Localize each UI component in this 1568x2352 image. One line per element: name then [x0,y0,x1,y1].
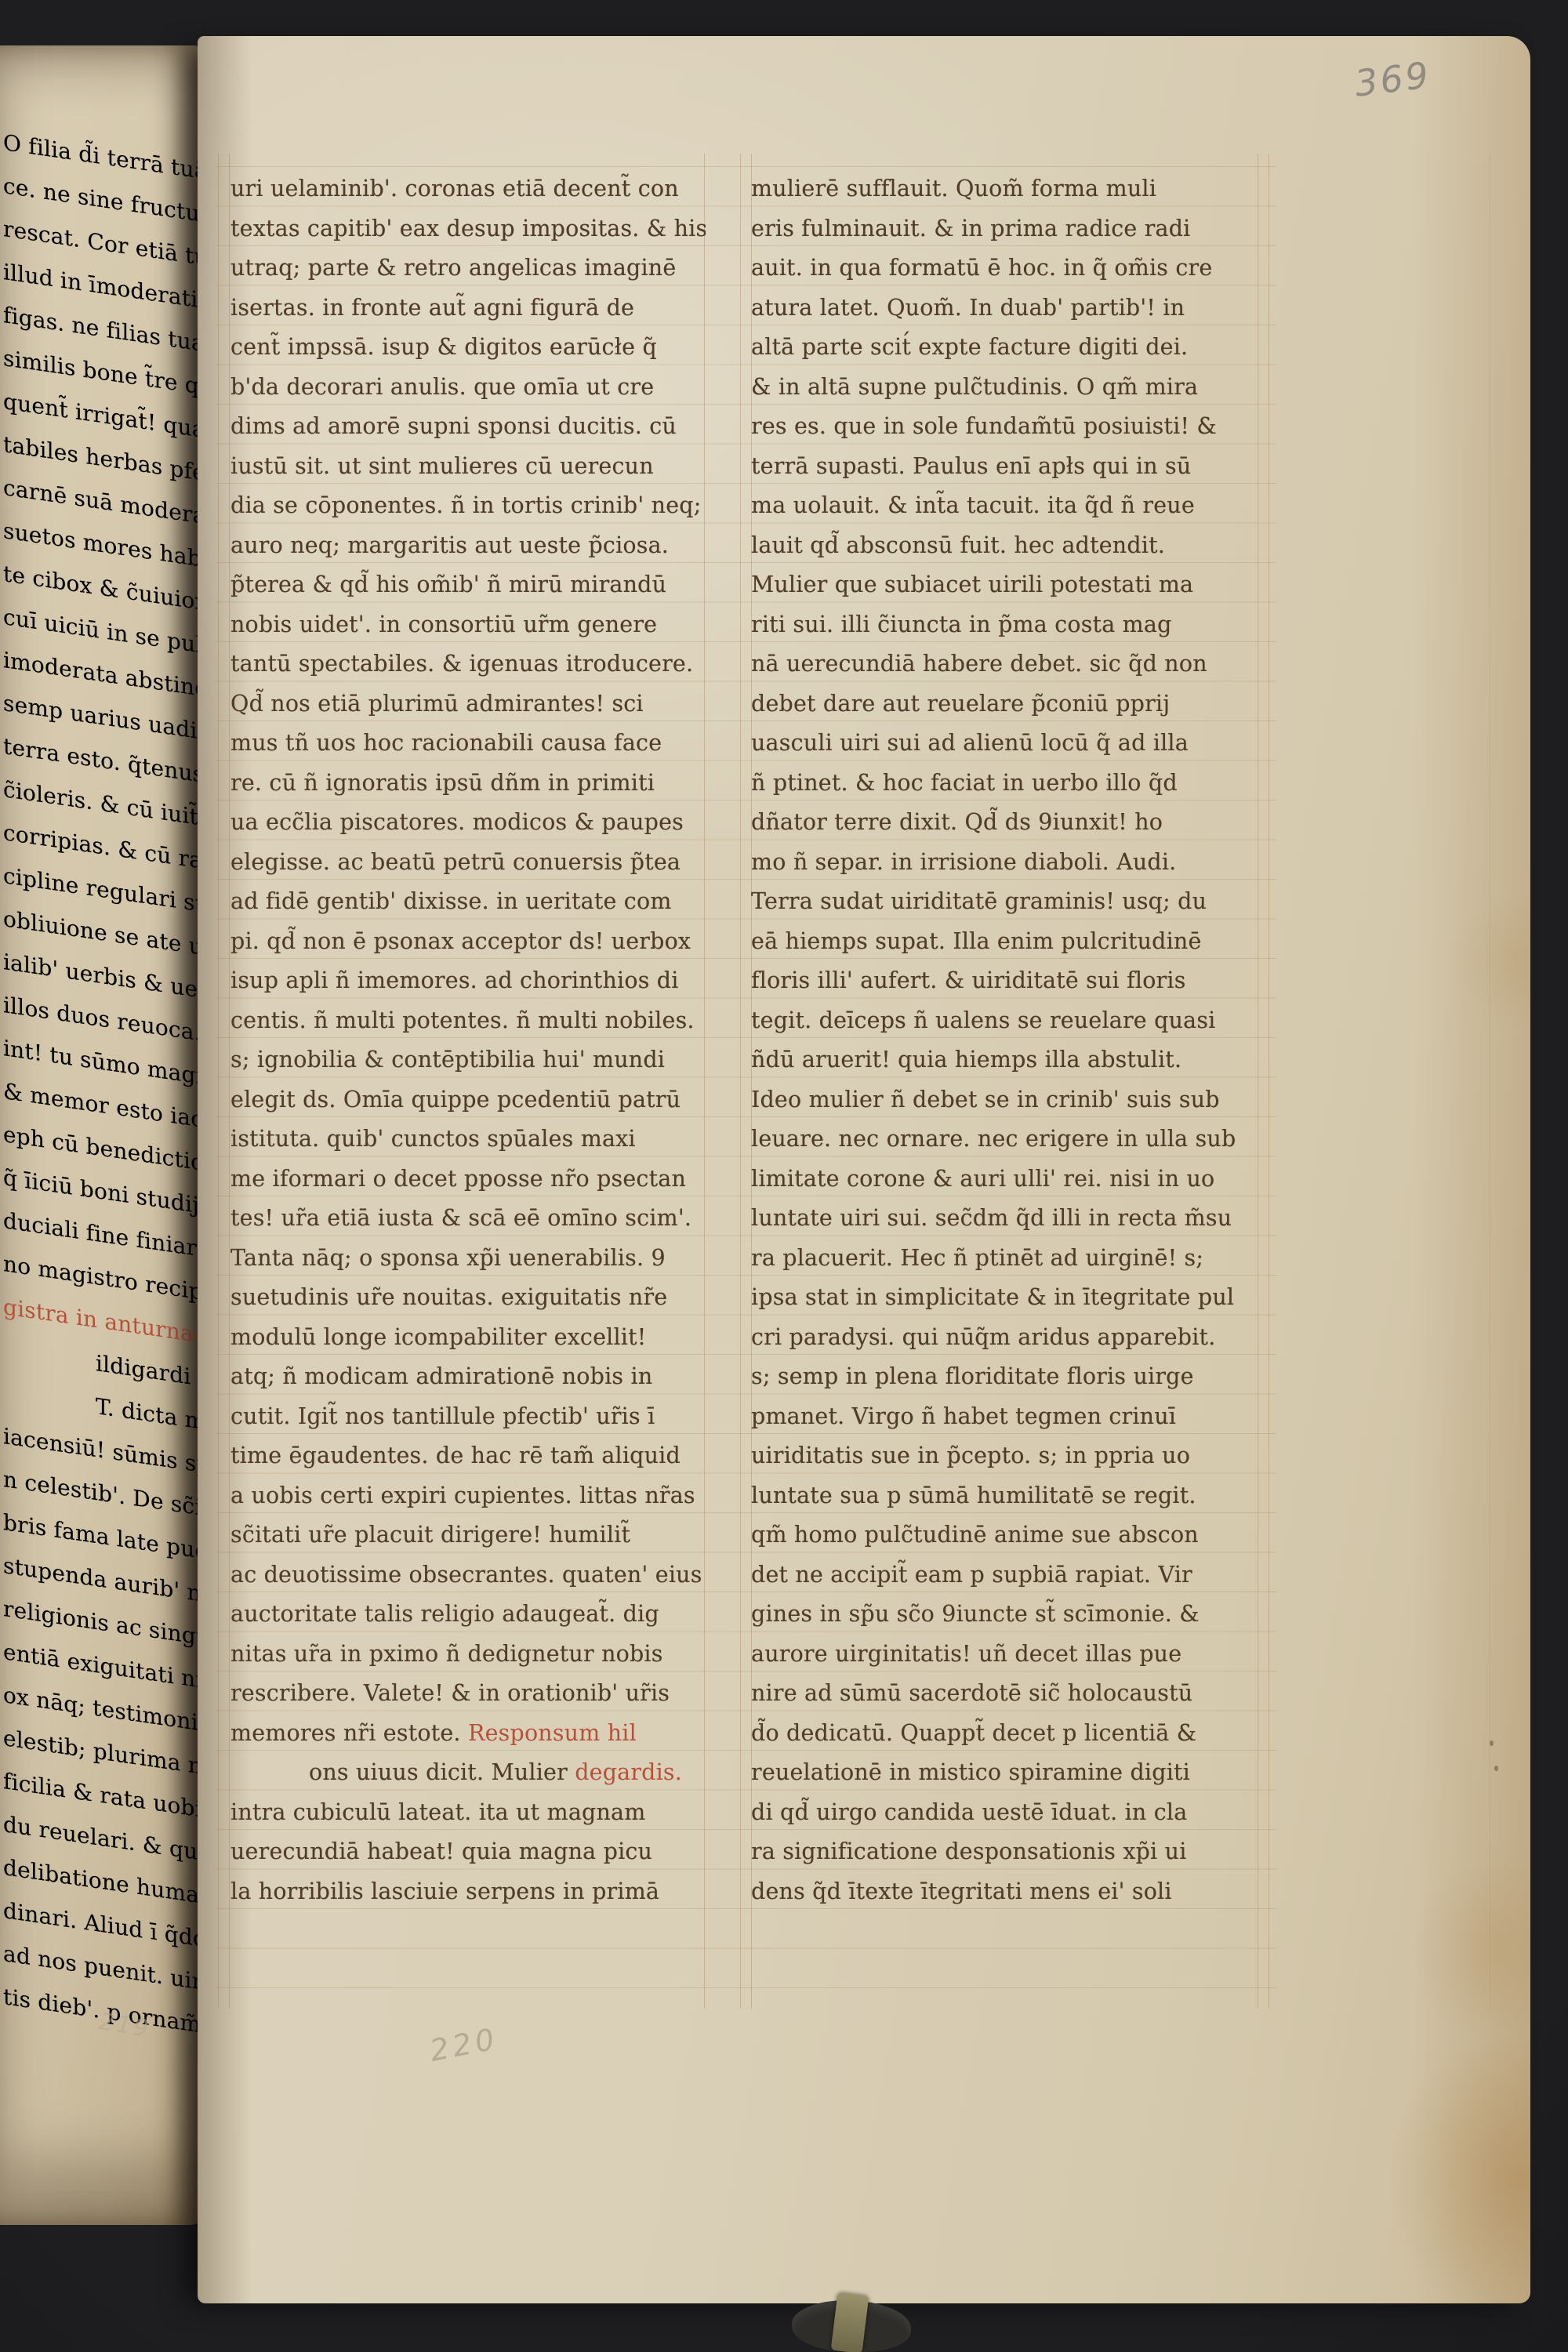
manuscript-line: auit. in qua formatū ē hoc. in q̃ om̃is … [751,249,1264,289]
manuscript-line: mulierē sufflauit. Quom̃ forma muli [751,169,1264,209]
ink-text: suetudinis ur̃e nouitas. exiguitatis nr̃… [230,1284,667,1310]
manuscript-line: time ēgaudentes. de hac rē tam̃ aliquid [230,1436,706,1476]
ruling-vertical [740,154,741,2009]
manuscript-line: limitate corone & auri ulli' rei. nisi i… [751,1160,1264,1200]
ink-text: reuelationē in mistico spiramine digiti [751,1759,1190,1785]
ink-text: nā uerecundiā habere debet. sic q̃d non [751,651,1207,677]
ink-text: nobis uidet'. in consortiū ur̃m genere [230,612,657,637]
ink-text: dens q̃d ītexte ītegritati mens ei' soli [751,1878,1172,1904]
ink-text: elegit ds. Omīa quippe pcedentiū patrū [230,1087,681,1112]
ink-text: a uobis certi expiri cupientes. littas n… [230,1483,695,1508]
manuscript-line: floris illi' aufert. & uiriditatē sui fl… [751,961,1264,1001]
ink-text: rescribere. Valete! & in orationib' ur̃i… [230,1680,670,1706]
text-column-left: uri uelaminib'. coronas etiā decent̃ con… [230,169,706,1911]
manuscript-line: dia se cōponentes. ñ in tortis crinib' n… [230,486,706,526]
ink-text: debet dare aut reuelare p̃coniū pprij [751,691,1170,717]
ink-text: textas capitib' eax desup impositas. & h… [230,216,706,241]
manuscript-line: tegit. deīceps ñ ualens se reuelare quas… [751,1001,1264,1041]
manuscript-line: terrā supasti. Paulus enī apłs qui in sū [751,447,1264,487]
manuscript-line: rescribere. Valete! & in orationib' ur̃i… [230,1674,706,1714]
ink-text: memores nr̃i estote. [230,1720,468,1746]
manuscript-line: s; ignobilia & contēptibilia hui' mundi [230,1040,706,1080]
ink-text: uasculi uiri sui ad alienū locū q̃ ad il… [751,730,1189,756]
ink-text: dia se cōponentes. ñ in tortis crinib' n… [230,492,702,518]
manuscript-line: Terra sudat uiriditatē graminis! usq; du [751,882,1264,922]
manuscript-line: dñator terre dixit. Qd̃ ds 9iunxit! ho [751,803,1264,843]
manuscript-line: det ne accipit̃ eam p supbiā rapiat. Vir [751,1555,1264,1595]
ink-text: tegit. deīceps ñ ualens se reuelare quas… [751,1007,1215,1033]
ink-text: sc̃itati ur̃e placuit dirigere! humilit̃ [230,1522,630,1548]
rubric-text: Responsum hil [468,1720,637,1746]
ink-speck [1494,1766,1498,1771]
manuscript-line: utraq; parte & retro angelicas imaginē [230,249,706,289]
ink-text: mo ñ separ. in irrisione diaboli. Audi. [751,849,1176,875]
manuscript-line: reuelationē in mistico spiramine digiti [751,1753,1264,1793]
ink-text: auro neq; margaritis aut ueste p̃ciosa. [230,532,669,558]
ink-text: dims ad amorē supni sponsi ducitis. cū [230,413,677,439]
ink-text: ipsa stat in simplicitate & in ītegritat… [751,1284,1234,1310]
ink-text: elegisse. ac beatū petrū conuersis p̃tea [230,849,681,875]
manuscript-line: d̃o dedicatū. Quappt̃ decet p licentiā & [751,1714,1264,1754]
manuscript-line: eris fulminauit. & in prima radice radi [751,209,1264,249]
ink-text: s; ignobilia & contēptibilia hui' mundi [230,1047,665,1073]
ink-text: re. cū ñ ignoratis ipsū dñm in primiti [230,770,655,796]
ink-text: istituta. quib' cunctos spūales maxi [230,1126,636,1152]
facing-page-text: O filia d̃i terrā tuā irrice. ne sine fr… [3,121,205,2090]
ink-text: ons uiuus dicit. Mulier [309,1759,575,1785]
manuscript-line: elegit ds. Omīa quippe pcedentiū patrū [230,1080,706,1120]
manuscript-line: elegisse. ac beatū petrū conuersis p̃tea [230,843,706,883]
ink-text: ra placuerit. Hec ñ ptinēt ad uirginē! s… [751,1245,1203,1271]
manuscript-line: dens q̃d ītexte ītegritati mens ei' soli [751,1872,1264,1912]
ink-text: uerecundiā habeat! quia magna picu [230,1838,652,1864]
ink-text: isup apli ñ imemores. ad chorinthios di [230,967,679,993]
manuscript-line: lauit qd̃ absconsū fuit. hec adtendit. [751,526,1264,566]
manuscript-line: Mulier que subiacet uirili potestati ma [751,565,1264,605]
manuscript-line: auctoritate talis religio adaugeat̃. dig [230,1595,706,1635]
manuscript-line: gines in sp̃u sc̃o 9iuncte st̃ scīmonie.… [751,1595,1264,1635]
ink-text: dñator terre dixit. Qd̃ ds 9iunxit! ho [751,809,1163,835]
manuscript-line: nobis uidet'. in consortiū ur̃m genere [230,605,706,645]
manuscript-line: ñ ptinet. & hoc faciat in uerbo illo q̃d [751,764,1264,804]
manuscript-line: ipsa stat in simplicitate & in ītegritat… [751,1278,1264,1318]
ink-text: nitas ur̃a in pximo ñ dedignetur nobis [230,1641,663,1667]
manuscript-line: a uobis certi expiri cupientes. littas n… [230,1476,706,1516]
manuscript-line: cri paradysi. qui nūq̃m aridus apparebit… [751,1318,1264,1358]
manuscript-line: isertas. in fronte aut̃ agni figurā de [230,289,706,328]
ink-text: mus tñ uos hoc racionabili causa face [230,730,662,756]
ink-text: uri uelaminib'. coronas etiā decent̃ con [230,176,679,201]
manuscript-line: aurore uirginitatis! uñ decet illas pue [751,1635,1264,1675]
ink-text: pi. qd̃ non ē psonax acceptor ds! uerbox [230,928,691,954]
manuscript-line: me iformari o decet pposse nr̃o psectan [230,1160,706,1200]
ink-text: nire ad sūmū sacerdotē sic̃ holocaustū [751,1680,1192,1706]
ink-text: tantū spectabiles. & igenuas itroducere. [230,651,693,677]
manuscript-line: debet dare aut reuelare p̃coniū pprij [751,684,1264,724]
ink-text: tes! ur̃a etiā iusta & scā eē omīno scim… [230,1205,691,1231]
manuscript-line: ra significatione desponsationis xp̃i ui [751,1832,1264,1872]
manuscript-line: memores nr̃i estote. Responsum hil [230,1714,706,1754]
ink-text: lauit qd̃ absconsū fuit. hec adtendit. [751,532,1165,558]
ink-text: auctoritate talis religio adaugeat̃. dig [230,1601,659,1627]
manuscript-line: b'da decorari anulis. que omīa ut cre [230,368,706,408]
ink-text: eris fulminauit. & in prima radice radi [751,216,1191,241]
ink-text: atura latet. Quom̃. In duab' partib'! in [751,295,1185,321]
ink-text: & in altā supne pulc̃tudinis. O qm̃ mira [751,374,1198,400]
ruling-vertical [229,154,230,2009]
ink-text: s; semp in plena floriditate floris uirg… [751,1363,1194,1389]
ink-text: utraq; parte & retro angelicas imaginē [230,255,676,281]
manuscript-line: la horribilis lasciuie serpens in primā [230,1872,706,1912]
ink-text: ua ecc̃lia piscatores. modicos & paupes [230,809,684,835]
ink-text: res es. que in sole fundam̃tū posiuisti!… [751,413,1217,439]
ink-text: atq; ñ modicam admirationē nobis in [230,1363,652,1389]
manuscript-line: di qd̃ uirgo candida uestē īduat. in cla [751,1793,1264,1833]
manuscript-line: p̃terea & qd̃ his om̃ib' ñ mirū mirandū [230,565,706,605]
manuscript-line: luntate sua p sūmā humilitatē se regit. [751,1476,1264,1516]
ink-text: riti sui. illi c̃iuncta in p̃ma costa ma… [751,612,1172,637]
manuscript-page: uri uelaminib'. coronas etiā decent̃ con… [198,36,1530,2303]
manuscript-line: ma uolauit. & int̃a tacuit. ita q̃d ñ re… [751,486,1264,526]
ink-text: cri paradysi. qui nūq̃m aridus apparebit… [751,1324,1215,1350]
manuscript-line: Qd̃ nos etiā plurimū admirantes! sci [230,684,706,724]
ink-text: ra significatione desponsationis xp̃i ui [751,1838,1187,1864]
ink-text: aurore uirginitatis! uñ decet illas pue [751,1641,1181,1667]
ink-text: luntate sua p sūmā humilitatē se regit. [751,1483,1196,1508]
ink-text: ac deuotissime obsecrantes. quaten' eius [230,1562,702,1588]
ink-text: time ēgaudentes. de hac rē tam̃ aliquid [230,1443,681,1468]
manuscript-line: nā uerecundiā habere debet. sic q̃d non [751,644,1264,684]
ink-text: Ideo mulier ñ debet se in crinib' suis s… [751,1087,1220,1112]
manuscript-line: atura latet. Quom̃. In duab' partib'! in [751,289,1264,328]
ink-text: ñdū aruerit! quia hiemps illa abstulit. [751,1047,1181,1073]
ink-text: d̃o dedicatū. Quappt̃ decet p licentiā & [751,1720,1196,1746]
ink-text: auit. in qua formatū ē hoc. in q̃ om̃is … [751,255,1212,281]
manuscript-line: re. cū ñ ignoratis ipsū dñm in primiti [230,764,706,804]
ink-text: cent̃ impssā. isup & digitos earūcłe q̃ [230,334,657,360]
ink-text: leuare. nec ornare. nec erigere in ulla … [751,1126,1236,1152]
text-column-right: mulierē sufflauit. Quom̃ forma mulieris … [751,169,1264,1911]
ink-text: ma uolauit. & int̃a tacuit. ita q̃d ñ re… [751,492,1195,518]
manuscript-line: ñdū aruerit! quia hiemps illa abstulit. [751,1040,1264,1080]
manuscript-line: nire ad sūmū sacerdotē sic̃ holocaustū [751,1674,1264,1714]
ruling-vertical [1269,154,1269,2009]
manuscript-line: tes! ur̃a etiā iusta & scā eē omīno scim… [230,1199,706,1239]
manuscript-line: uerecundiā habeat! quia magna picu [230,1832,706,1872]
manuscript-line: cutit. Igit̃ nos tantillule pfectib' ur̃… [230,1397,706,1437]
manuscript-line: ad fidē gentib' dixisse. in ueritate com [230,882,706,922]
ink-text: ñ ptinet. & hoc faciat in uerbo illo q̃d [751,770,1178,796]
ink-text: eā hiemps supat. Illa enim pulcritudinē [751,928,1202,954]
manuscript-line: auro neq; margaritis aut ueste p̃ciosa. [230,526,706,566]
manuscript-line: cent̃ impssā. isup & digitos earūcłe q̃ [230,328,706,368]
manuscript-line: intra cubiculū lateat. ita ut magnam [230,1793,706,1833]
ink-text: di qd̃ uirgo candida uestē īduat. in cla [751,1799,1187,1825]
manuscript-line: qm̃ homo pulc̃tudinē anime sue abscon [751,1515,1264,1555]
ink-text: limitate corone & auri ulli' rei. nisi i… [751,1166,1214,1192]
ink-text: luntate uiri sui. sec̃dm q̃d illi in rec… [751,1205,1232,1231]
manuscript-line: atq; ñ modicam admirationē nobis in [230,1357,706,1397]
manuscript-line: s; semp in plena floriditate floris uirg… [751,1357,1264,1397]
manuscript-line: textas capitib' eax desup impositas. & h… [230,209,706,249]
manuscript-line: & in altā supne pulc̃tudinis. O qm̃ mira [751,368,1264,408]
ink-text: intra cubiculū lateat. ita ut magnam [230,1799,645,1825]
manuscript-line: centis. ñ multi potentes. ñ multi nobile… [230,1001,706,1041]
manuscript-line: riti sui. illi c̃iuncta in p̃ma costa ma… [751,605,1264,645]
ruling-vertical [1490,154,1490,2009]
ink-text: floris illi' aufert. & uiriditatē sui fl… [751,967,1186,993]
ink-text: gines in sp̃u sc̃o 9iuncte st̃ scīmonie.… [751,1601,1200,1627]
ink-text: b'da decorari anulis. que omīa ut cre [230,374,654,400]
ink-text: me iformari o decet pposse nr̃o psectan [230,1166,686,1192]
manuscript-line: uiriditatis sue in p̃cepto. s; in ppria … [751,1436,1264,1476]
manuscript-line: modulū longe icompabiliter excellit! [230,1318,706,1358]
ink-text: uiriditatis sue in p̃cepto. s; in ppria … [751,1443,1190,1468]
manuscript-line: pmanet. Virgo ñ habet tegmen crinuī [751,1397,1264,1437]
ink-speck [1490,1740,1494,1746]
manuscript-line: tantū spectabiles. & igenuas itroducere. [230,644,706,684]
manuscript-line: dims ad amorē supni sponsi ducitis. cū [230,407,706,447]
manuscript-line: isup apli ñ imemores. ad chorinthios di [230,961,706,1001]
ink-text: ad fidē gentib' dixisse. in ueritate com [230,888,672,914]
manuscript-line: Ideo mulier ñ debet se in crinib' suis s… [751,1080,1264,1120]
ink-text: isertas. in fronte aut̃ agni figurā de [230,295,634,321]
manuscript-line: eā hiemps supat. Illa enim pulcritudinē [751,922,1264,962]
ink-text: modulū longe icompabiliter excellit! [230,1324,646,1350]
ink-text: mulierē sufflauit. Quom̃ forma muli [751,176,1156,201]
ink-text: p̃terea & qd̃ his om̃ib' ñ mirū mirandū [230,572,666,597]
ink-text: pmanet. Virgo ñ habet tegmen crinuī [751,1403,1176,1429]
manuscript-line: ac deuotissime obsecrantes. quaten' eius [230,1555,706,1595]
ink-text: cutit. Igit̃ nos tantillule pfectib' ur̃… [230,1403,655,1429]
manuscript-line: res es. que in sole fundam̃tū posiuisti!… [751,407,1264,447]
ink-text: qm̃ homo pulc̃tudinē anime sue abscon [751,1522,1199,1548]
ink-text: iustū sit. ut sint mulieres cū uerecun [230,453,654,479]
manuscript-line: sc̃itati ur̃e placuit dirigere! humilit̃ [230,1515,706,1555]
ink-text: centis. ñ multi potentes. ñ multi nobile… [230,1007,695,1033]
ink-text: Mulier que subiacet uirili potestati ma [751,572,1193,597]
manuscript-line: mus tñ uos hoc racionabili causa face [230,724,706,764]
ink-text: Qd̃ nos etiā plurimū admirantes! sci [230,691,644,717]
facing-page-edge: O filia d̃i terrā tuā irrice. ne sine fr… [0,45,205,2225]
ruling-vertical [218,154,219,2009]
manuscript-line: Tanta nāq; o sponsa xp̃i uenerabilis. 9 [230,1239,706,1279]
manuscript-line: leuare. nec ornare. nec erigere in ulla … [751,1120,1264,1160]
manuscript-line: luntate uiri sui. sec̃dm q̃d illi in rec… [751,1199,1264,1239]
manuscript-line: ons uiuus dicit. Mulier degardis. [230,1753,706,1793]
manuscript-line: uri uelaminib'. coronas etiā decent̃ con [230,169,706,209]
manuscript-line: ua ecc̃lia piscatores. modicos & paupes [230,803,706,843]
manuscript-line: iustū sit. ut sint mulieres cū uerecun [230,447,706,487]
ink-text: terrā supasti. Paulus enī apłs qui in sū [751,453,1191,479]
manuscript-line: suetudinis ur̃e nouitas. exiguitatis nr̃… [230,1278,706,1318]
manuscript-line: istituta. quib' cunctos spūales maxi [230,1120,706,1160]
ink-text: la horribilis lasciuie serpens in primā [230,1878,659,1904]
manuscript-line: nitas ur̃a in pximo ñ dedignetur nobis [230,1635,706,1675]
rubric-text: degardis. [575,1759,682,1785]
manuscript-line: pi. qd̃ non ē psonax acceptor ds! uerbox [230,922,706,962]
ink-text: Terra sudat uiriditatē graminis! usq; du [751,888,1207,914]
ink-text: det ne accipit̃ eam p supbiā rapiat. Vir [751,1562,1192,1588]
manuscript-line: mo ñ separ. in irrisione diaboli. Audi. [751,843,1264,883]
manuscript-line: ra placuerit. Hec ñ ptinēt ad uirginē! s… [751,1239,1264,1279]
manuscript-line: uasculi uiri sui ad alienū locū q̃ ad il… [751,724,1264,764]
manuscript-photo: O filia d̃i terrā tuā irrice. ne sine fr… [0,0,1568,2352]
ink-text: altā parte scit́ expte facture digiti de… [751,334,1188,360]
manuscript-line: altā parte scit́ expte facture digiti de… [751,328,1264,368]
ink-text: Tanta nāq; o sponsa xp̃i uenerabilis. 9 [230,1245,666,1271]
